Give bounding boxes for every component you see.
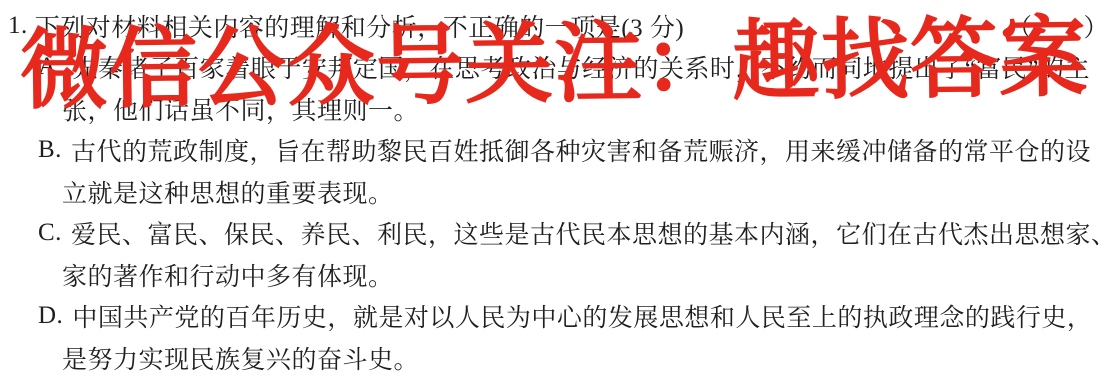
option-d-text-2: 是努力实现民族复兴的奋斗史。 [62,340,419,376]
option-d-line-1: D. 中国共产党的百年历史，就是对以人民为中心的发展思想和人民至上的执政理念的践… [0,296,1115,338]
option-c-text-2: 家的著作和行动中多有体现。 [62,257,394,293]
option-b-text-1: 古代的荒政制度，旨在帮助黎民百姓抵御各种灾害和备荒赈济，用来缓冲储备的常平仓的设 [71,132,1091,168]
option-d-label: D. [38,302,63,330]
option-c-text-1: 爱民、富民、保民、养民、利民，这些是古代民本思想的基本内涵，它们在古代杰出思想家… [71,215,1115,251]
option-b-label: B. [38,136,62,164]
option-c-line-1: C. 爱民、富民、保民、养民、利民，这些是古代民本思想的基本内涵，它们在古代杰出… [0,213,1115,255]
option-b-text-2: 立就是这种思想的重要表现。 [62,174,394,210]
option-d-line-2: 是努力实现民族复兴的奋斗史。 [0,337,1115,379]
option-b-line-1: B. 古代的荒政制度，旨在帮助黎民百姓抵御各种灾害和备荒赈济，用来缓冲储备的常平… [0,130,1115,172]
option-d-text-1: 中国共产党的百年历史，就是对以人民为中心的发展思想和人民至上的执政理念的践行史， [72,298,1092,334]
option-c-label: C. [38,219,62,247]
watermark-overlay: 微信公众号关注：趣找答案 [19,7,1115,120]
option-c-line-2: 家的著作和行动中多有体现。 [0,254,1115,296]
option-b-line-2: 立就是这种思想的重要表现。 [0,171,1115,213]
